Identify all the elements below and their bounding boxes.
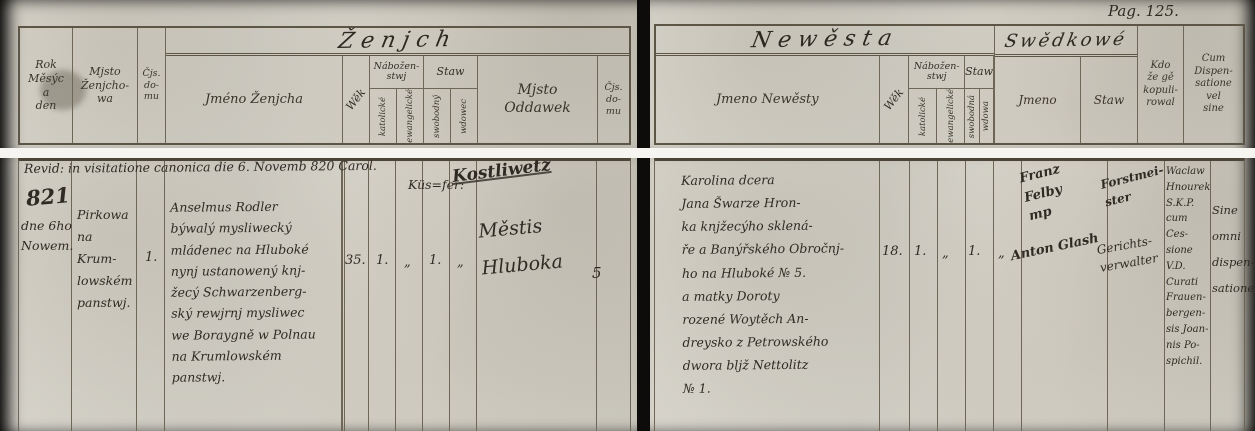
bride-record-age: 18. bbox=[882, 244, 903, 259]
bride-record-status-single: 1. bbox=[968, 244, 980, 259]
col-officiant-header: Kdo že gě kopuli- rowal bbox=[1138, 26, 1184, 143]
cell-bride-religion-protestant bbox=[938, 161, 966, 431]
col-bride-age-header: Wěk bbox=[880, 56, 910, 143]
officiant-text: Waclaw Hnourek S.K.P. cum Ces- sione V.D… bbox=[1166, 164, 1210, 369]
bride-religion-protestant-label: ewangelické bbox=[946, 89, 956, 143]
col-witness-name-header: Jmeno bbox=[995, 57, 1081, 143]
cell-age bbox=[342, 161, 369, 431]
col-date-header: Rok Měsýc a den bbox=[20, 28, 73, 143]
cell-religion-protestant bbox=[396, 161, 423, 431]
bride-header-table: Newěsta Jmeno Newěsty Wěk Nábožen- stwj bbox=[654, 24, 1245, 145]
witnesses-subcolumns: Jmeno Staw bbox=[995, 57, 1137, 143]
place-label: Mjsto Ženjcho- wa bbox=[81, 65, 129, 106]
bride-religion-catholic-label: katolické bbox=[918, 97, 928, 136]
bride-section-title: Newěsta bbox=[749, 26, 901, 54]
scan-seam bbox=[0, 148, 1255, 158]
cell-bride-religion-catholic bbox=[910, 161, 938, 431]
cell-bride-status-single bbox=[966, 161, 994, 431]
officiant-label: Kdo že gě kopuli- rowal bbox=[1143, 60, 1178, 110]
bride-status-subcols: swobodná wdowa bbox=[965, 89, 993, 143]
record-year: 821 bbox=[25, 182, 71, 211]
bride-status-widow-cell: wdowa bbox=[980, 89, 993, 143]
col-wedding-houseno-header: Čjs. do- mu bbox=[598, 56, 629, 143]
record-houseno: 1. bbox=[145, 250, 157, 265]
religion-label: Nábožen- stwj bbox=[370, 56, 423, 89]
status-widower-cell: wdowec bbox=[451, 89, 477, 143]
religion-protestant-label: ewangelické bbox=[405, 89, 415, 143]
groom-header-panel: Rok Měsýc a den Mjsto Ženjcho- wa Čjs. d… bbox=[0, 0, 637, 148]
bride-record-status-widow: „ bbox=[998, 246, 1005, 261]
bride-status-widow-label: wdowa bbox=[981, 101, 991, 131]
age-label: Wěk bbox=[344, 86, 369, 113]
cell-houseno bbox=[137, 161, 165, 431]
groom-header-table: Rok Měsýc a den Mjsto Ženjcho- wa Čjs. d… bbox=[18, 26, 631, 145]
record-religion-protestant: „ bbox=[404, 255, 411, 270]
register-scan: Rok Měsýc a den Mjsto Ženjcho- wa Čjs. d… bbox=[0, 0, 1255, 431]
col-bride-name-header: Jmeno Newěsty bbox=[656, 56, 880, 143]
witnesses-band: Swědkowé bbox=[995, 26, 1137, 57]
record-age: 35. bbox=[345, 253, 366, 268]
col-witness-status-header: Staw bbox=[1081, 57, 1137, 143]
groom-group: Ženjch Jméno Ženjcha Wěk Nábožen- stwj k bbox=[166, 28, 629, 143]
record-wedding-place: Městis Hluboka bbox=[477, 207, 564, 288]
houseno-label: Čjs. do- mu bbox=[142, 68, 160, 104]
record-status-single: 1. bbox=[429, 253, 441, 268]
bride-band: Newěsta bbox=[656, 26, 994, 56]
paper-texture: Karolina dcera Jana Šwarze Hron- ka knjž… bbox=[650, 158, 1255, 431]
page-number: Pag. 125. bbox=[1108, 2, 1179, 20]
groom-band: Ženjch bbox=[166, 28, 629, 56]
paper-texture: Revid: in visitatione canonica die 6. No… bbox=[0, 158, 637, 431]
bride-description: Karolina dcera Jana Šwarze Hron- ka knjž… bbox=[681, 167, 888, 400]
bride-religion-catholic-cell: katolické bbox=[909, 89, 937, 143]
groom-section-title: Ženjch bbox=[336, 27, 459, 54]
col-status-header: Staw swobodný wdowec bbox=[424, 56, 478, 143]
col-age-header: Wěk bbox=[343, 56, 370, 143]
cell-wedding-houseno bbox=[597, 161, 630, 431]
religion-subcols: katolické ewangelické bbox=[370, 89, 423, 143]
col-dispensation-header: Cum Dispen- satione vel sine bbox=[1184, 26, 1243, 143]
witnesses-section-title: Swědkowé bbox=[1003, 28, 1129, 51]
bride-record-religion-catholic: 1. bbox=[914, 244, 926, 259]
col-bride-religion-header: Nábožen- stwj katolické ewangelické bbox=[909, 56, 965, 143]
dispensation-text: Sine omni dispen- satione bbox=[1212, 198, 1254, 302]
dispensation-label: Cum Dispen- satione vel sine bbox=[1194, 53, 1233, 116]
groom-name-label: Jméno Ženjcha bbox=[205, 92, 303, 108]
bride-group: Newěsta Jmeno Newěsty Wěk Nábožen- stwj bbox=[656, 26, 995, 143]
record-date: dne 6ho Nowem. bbox=[21, 216, 73, 256]
witness-name-label: Jmeno bbox=[1018, 93, 1056, 108]
col-religion-header: Nábožen- stwj katolické ewangelické bbox=[370, 56, 424, 143]
wedding-place-label: Mjsto Oddawek bbox=[504, 82, 571, 117]
col-groom-name-header: Jméno Ženjcha bbox=[166, 56, 343, 143]
bride-status-single-label: swobodná bbox=[967, 95, 977, 138]
religion-catholic-label: katolické bbox=[378, 97, 388, 136]
col-houseno-header: Čjs. do- mu bbox=[138, 28, 166, 143]
religion-protestant-cell: ewangelické bbox=[397, 89, 423, 143]
bride-status-label: Staw bbox=[965, 56, 993, 89]
paper-texture: Rok Měsýc a den Mjsto Ženjcho- wa Čjs. d… bbox=[0, 0, 637, 148]
groom-subcolumns: Jméno Ženjcha Wěk Nábožen- stwj katolick… bbox=[166, 56, 629, 143]
record-status-widower: „ bbox=[457, 255, 464, 270]
paper-texture: Pag. 125. Newěsta Jmeno Newěsty Wěk bbox=[650, 0, 1255, 148]
col-place-header: Mjsto Ženjcho- wa bbox=[73, 28, 138, 143]
bride-status-single-cell: swobodná bbox=[965, 89, 979, 143]
wedding-houseno-label: Čjs. do- mu bbox=[604, 82, 622, 118]
religion-catholic-cell: katolické bbox=[370, 89, 397, 143]
bride-record-religion-protestant: „ bbox=[942, 246, 949, 261]
col-wedding-place-header: Mjsto Oddawek bbox=[478, 56, 598, 143]
record-wedding-houseno: 5 bbox=[592, 264, 602, 282]
bride-record-panel: Karolina dcera Jana Šwarze Hron- ka knjž… bbox=[650, 158, 1255, 431]
bride-religion-subcols: katolické ewangelické bbox=[909, 89, 964, 143]
bride-age-label: Wěk bbox=[882, 86, 907, 113]
status-widower-label: wdowec bbox=[459, 99, 469, 134]
cell-wedding-place bbox=[477, 161, 597, 431]
witnesses-group: Swědkowé Jmeno Staw bbox=[995, 26, 1138, 143]
cell-status-single bbox=[423, 161, 450, 431]
status-subcols: swobodný wdowec bbox=[424, 89, 477, 143]
record-place: Pirkowa na Krum- lowském panstwj. bbox=[77, 204, 132, 313]
bride-religion-protestant-cell: ewangelické bbox=[937, 89, 964, 143]
record-religion-catholic: 1. bbox=[376, 253, 388, 268]
status-single-label: swobodný bbox=[432, 95, 442, 138]
bride-name-label: Jmeno Newěsty bbox=[716, 92, 819, 108]
col-bride-status-header: Staw swobodná wdowa bbox=[965, 56, 994, 143]
cell-religion-catholic bbox=[369, 161, 396, 431]
groom-record-panel: Revid: in visitatione canonica die 6. No… bbox=[0, 158, 637, 431]
date-label: Rok Měsýc a den bbox=[28, 58, 64, 113]
bride-subcolumns: Jmeno Newěsty Wěk Nábožen- stwj katolick… bbox=[656, 56, 994, 143]
groom-description: Anselmus Rodler býwalý mysliwecký mláden… bbox=[170, 195, 344, 388]
cell-bride-status-widow bbox=[994, 161, 1022, 431]
bride-religion-label: Nábožen- stwj bbox=[909, 56, 964, 89]
status-label: Staw bbox=[424, 56, 477, 89]
witness-status-label: Staw bbox=[1094, 93, 1124, 108]
cell-status-widower bbox=[450, 161, 477, 431]
status-single-cell: swobodný bbox=[424, 89, 451, 143]
bride-header-panel: Pag. 125. Newěsta Jmeno Newěsty Wěk bbox=[650, 0, 1255, 148]
